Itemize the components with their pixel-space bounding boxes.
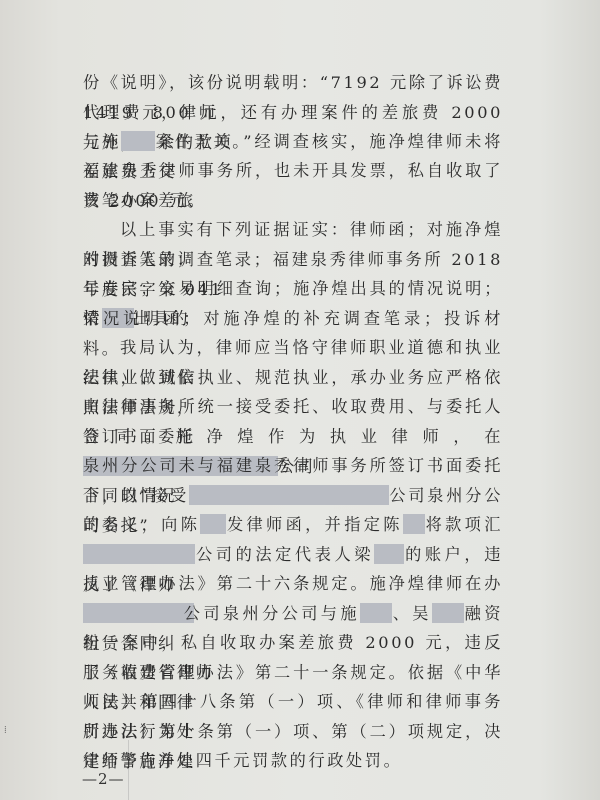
text-segment: 、吴: [392, 604, 432, 623]
text-line: 律师警告并处四千元罚款的行政处罚。: [83, 746, 503, 776]
redaction-block: [200, 514, 226, 534]
text-segment: 发律师函，并指定陈: [226, 515, 403, 534]
text-segment: 的名义，向陈: [83, 515, 200, 534]
edge-mark: ⁞: [4, 725, 10, 743]
redaction-block: [403, 514, 425, 534]
redaction-block: [83, 603, 183, 623]
text-segment: 下，以“接受: [83, 486, 189, 505]
redaction-block: [121, 131, 155, 151]
text-segment: 合同。施净煌作为执业律师，在: [83, 427, 503, 446]
page-number: —2—: [82, 770, 125, 788]
redaction-block: [374, 544, 404, 564]
document-page: ⁞ 份《说明》，该份说明载明：“7192 元除了诉讼费 1419 元，律师代理费…: [0, 0, 600, 800]
redaction-block: [83, 544, 195, 564]
text-segment: 公司泉州分公司与施: [183, 604, 360, 623]
text-segment: 与施: [83, 132, 121, 151]
redaction-block: [360, 603, 392, 623]
text-segment: 费 2000 元。: [83, 191, 206, 210]
text-line: 费 2000 元。: [83, 186, 503, 216]
text-segment: 律师警告并处四千元罚款的行政处罚。: [83, 751, 402, 770]
redaction-block: [189, 485, 389, 505]
redaction-block: [432, 603, 464, 623]
text-segment: 公司的法定代表人梁: [195, 545, 374, 564]
